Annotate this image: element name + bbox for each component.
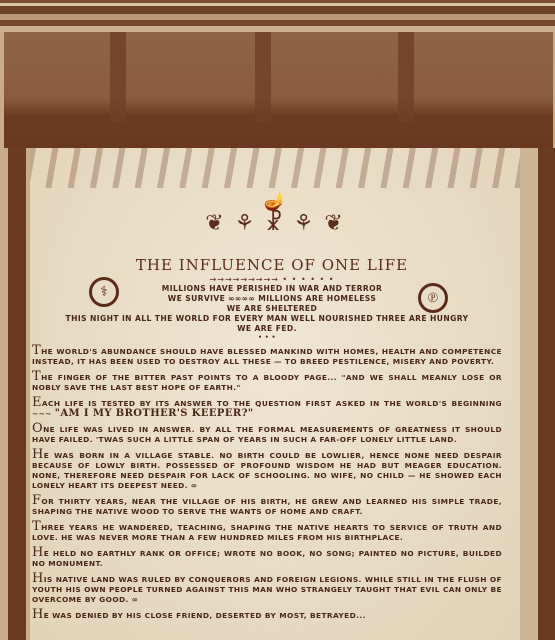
shadow-overlay <box>4 32 553 152</box>
lead-line: This night in all the world for every ma… <box>32 314 502 324</box>
drop-cap: T <box>32 343 41 358</box>
paragraph: He was denied by His close friend, deser… <box>32 610 502 621</box>
paragraph: He held no earthly rank or office; wrote… <box>32 548 502 569</box>
drop-cap: H <box>32 447 44 462</box>
picture-frame-top <box>0 0 555 32</box>
chi-rho-peacocks-icon: ❦ ⚘ ☧ ⚘ ❦ <box>180 211 370 237</box>
drop-cap: T <box>32 519 41 534</box>
drop-cap: H <box>32 607 44 622</box>
shadow-post <box>255 32 271 122</box>
shadow-post <box>110 32 126 122</box>
shadow-post <box>398 32 414 122</box>
lead-line: We are sheltered <box>92 304 452 314</box>
emphasized-quote: "Am I my brother's keeper?" <box>55 408 254 419</box>
oil-lamp-icon: 🪔 <box>180 193 370 211</box>
lead-block: Millions have perished in war and terror… <box>92 284 452 314</box>
paragraph: The world's abundance should have blesse… <box>32 346 502 367</box>
paragraph-text: he finger of the bitter past points to a… <box>32 373 502 392</box>
drop-cap: T <box>32 369 41 384</box>
title-ornament: →→→→→→→→→ • • • • • • <box>92 275 452 284</box>
document-body: The Influence of One Life →→→→→→→→→ • • … <box>32 256 502 621</box>
drop-cap: H <box>32 545 44 560</box>
paragraph-text: e was born in a village stable. No birth… <box>32 451 502 490</box>
paragraph: Each life is tested by its answer to the… <box>32 398 502 419</box>
torn-edge <box>30 148 520 188</box>
paragraph-text: e held no earthly rank or office; wrote … <box>32 549 502 568</box>
lead-line: Millions have perished in war and terror <box>92 284 452 294</box>
paragraph-text: he world's abundance should have blessed… <box>32 347 502 366</box>
paragraph: His native land was ruled by conquerors … <box>32 574 502 605</box>
paragraph: One life was lived in answer. By all the… <box>32 424 502 445</box>
paragraph-text: hree years He wandered, teaching, shapin… <box>32 523 502 542</box>
lamp-peacock-ornament: 🪔 ❦ ⚘ ☧ ⚘ ❦ <box>180 193 370 253</box>
drop-cap: H <box>32 571 44 586</box>
paragraph: The finger of the bitter past points to … <box>32 372 502 393</box>
paragraph-text: e was denied by His close friend, desert… <box>44 611 366 620</box>
paragraph-text: is native land was ruled by conquerors a… <box>32 575 502 604</box>
drop-cap: F <box>32 493 41 508</box>
drop-cap: E <box>32 395 42 410</box>
lead-line: We are fed. <box>32 324 502 334</box>
right-frame <box>520 148 555 640</box>
left-frame <box>0 148 30 640</box>
lead-line: We survive ∞∞∞∞ Millions are homeless <box>92 294 452 304</box>
paragraph: Three years He wandered, teaching, shapi… <box>32 522 502 543</box>
paragraph-text: ne life was lived in answer. By all the … <box>32 425 502 444</box>
drop-cap: O <box>32 421 43 436</box>
lead-line: • • • <box>32 334 502 341</box>
paragraph-text: or thirty years, near the village of His… <box>32 497 502 516</box>
paragraph: He was born in a village stable. No birt… <box>32 450 502 491</box>
paragraph: For thirty years, near the village of Hi… <box>32 496 502 517</box>
document-title: The Influence of One Life <box>92 256 452 274</box>
